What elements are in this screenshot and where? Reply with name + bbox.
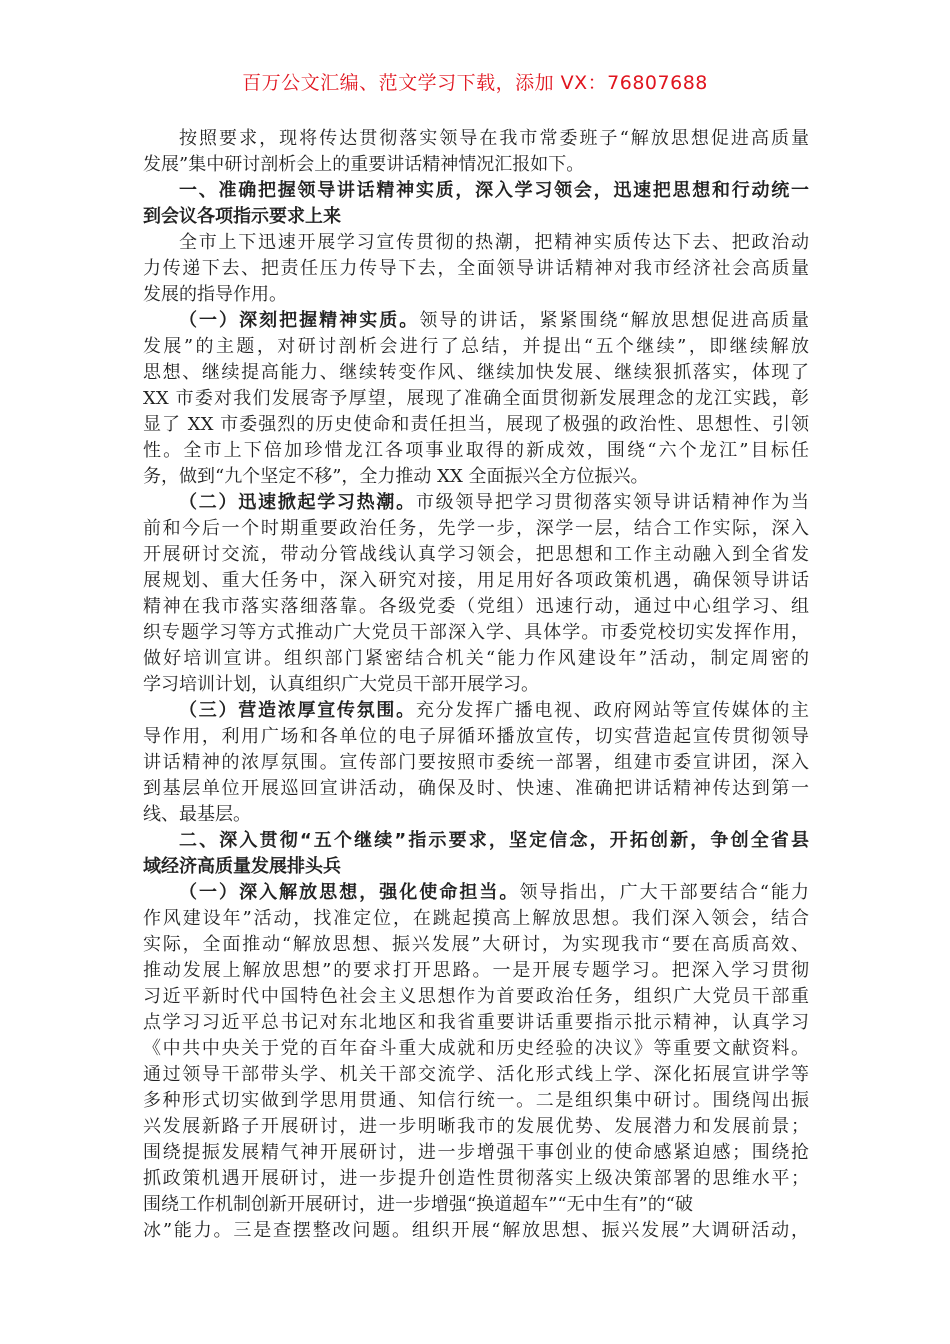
line-text: 思想、继续提高能力、继续转变作风、继续加快发展、继续狠抓落实，体现了 bbox=[143, 362, 809, 383]
paragraph-line: 学习培训计划，认真组织广大党员干部开展学习。 bbox=[143, 672, 809, 698]
paragraph-line: 做好培训宣讲。组织部门紧密结合机关“能力作风建设年”活动，制定周密的 bbox=[143, 646, 809, 672]
paragraph-line: 通过领导干部带头学、机关干部交流学、活化形式线上学、深化拓展宣讲学等 bbox=[143, 1062, 809, 1088]
line-text: 开展研讨交流，带动分管战线认真学习领会，把思想和工作主动融入到全省发 bbox=[143, 544, 809, 565]
line-text: 按照要求，现将传达贯彻落实领导在我市常委班子“解放思想促进高质量 bbox=[179, 128, 809, 149]
paragraph-line: 按照要求，现将传达贯彻落实领导在我市常委班子“解放思想促进高质量 bbox=[143, 126, 809, 152]
line-text: 显了 XX 市委强烈的历史使命和责任担当，展现了极强的政治性、思想性、引领 bbox=[143, 414, 809, 435]
line-text: 讲话精神的浓厚氛围。宣传部门要按照市委统一部署，组建市委宣讲团，深入 bbox=[143, 752, 809, 773]
subheading-lead: （三）营造浓厚宣传氛围。 bbox=[179, 700, 416, 721]
line-text: 发展的指导作用。 bbox=[143, 284, 287, 305]
line-text: 作风建设年”活动，找准定位，在跳起摸高上解放思想。我们深入领会，结合 bbox=[143, 908, 809, 929]
line-text: 性。全市上下倍加珍惜龙江各项事业取得的新成效，围绕“六个龙江”目标任 bbox=[143, 440, 809, 461]
line-text: 抓政策机遇开展研讨，进一步提升创造性贯彻落实上级决策部署的思维水平； bbox=[143, 1168, 809, 1189]
paragraph-line: 冰”能力。三是查摆整改问题。组织开展“解放思想、振兴发展”大调研活动， bbox=[143, 1218, 809, 1244]
line-text: 全市上下迅速开展学习宣传贯彻的热潮，把精神实质传达下去、把政治动 bbox=[179, 232, 809, 253]
paragraph-line: 导作用，利用广场和各单位的电子屏循环播放宣传，切实营造起宣传贯彻领导 bbox=[143, 724, 809, 750]
paragraph-line: 思想、继续提高能力、继续转变作风、继续加快发展、继续狠抓落实，体现了 bbox=[143, 360, 809, 386]
line-text: 织专题学习等方式推动广大党员干部深入学、具体学。市委党校切实发挥作用， bbox=[143, 622, 809, 643]
paragraph-line: 抓政策机遇开展研讨，进一步提升创造性贯彻落实上级决策部署的思维水平； bbox=[143, 1166, 809, 1192]
line-text: 市级领导把学习贯彻落实领导讲话精神作为当 bbox=[416, 492, 809, 513]
paragraph-line: 《中共中央关于党的百年奋斗重大成就和历史经验的决议》等重要文献资料。 bbox=[143, 1036, 809, 1062]
paragraph-line: 发展”的主题，对研讨剖析会进行了总结，并提出“五个继续”，即继续解放 bbox=[143, 334, 809, 360]
paragraph-line: 线、最基层。 bbox=[143, 802, 809, 828]
watermark-banner: 百万公文汇编、范文学习下载，添加 VX：76807688 bbox=[0, 68, 950, 95]
line-text: 一、准确把握领导讲话精神实质，深入学习领会，迅速把思想和行动统一 bbox=[179, 180, 809, 201]
paragraph-line: 发展”集中研讨剖析会上的重要讲话精神情况汇报如下。 bbox=[143, 152, 809, 178]
paragraph-line: 力传递下去、把责任压力传导下去，全面领导讲话精神对我市经济社会高质量 bbox=[143, 256, 809, 282]
paragraph-line: 围绕工作机制创新开展研讨，进一步增强“换道超车”“无中生有”的“破 bbox=[143, 1192, 809, 1218]
paragraph-line: 显了 XX 市委强烈的历史使命和责任担当，展现了极强的政治性、思想性、引领 bbox=[143, 412, 809, 438]
line-text: 习近平新时代中国特色社会主义思想作为首要政治任务，组织广大党员干部重 bbox=[143, 986, 809, 1007]
paragraph-line: 到基层单位开展巡回宣讲活动，确保及时、快速、准确把讲话精神传达到第一 bbox=[143, 776, 809, 802]
paragraph-line: 展规划、重大任务中，深入研究对接，用足用好各项政策机遇，确保领导讲话 bbox=[143, 568, 809, 594]
line-text: 到会议各项指示要求上来 bbox=[143, 206, 341, 227]
line-text: 发展”集中研讨剖析会上的重要讲话精神情况汇报如下。 bbox=[143, 154, 584, 175]
line-text: 推动发展上解放思想”的要求打开思路。一是开展专题学习。把深入学习贯彻 bbox=[143, 960, 809, 981]
line-text: 多种形式切实做到学思用贯通、知信行统一。二是组织集中研讨。围绕闯出振 bbox=[143, 1090, 809, 1111]
subheading-lead: （一）深刻把握精神实质。 bbox=[179, 310, 419, 331]
line-text: 围绕提振发展精气神开展研讨，进一步增强干事创业的使命感紧迫感；围绕抢 bbox=[143, 1142, 809, 1163]
paragraph-line: 全市上下迅速开展学习宣传贯彻的热潮，把精神实质传达下去、把政治动 bbox=[143, 230, 809, 256]
line-text: 领导指出，广大干部要结合“能力 bbox=[519, 882, 809, 903]
line-text: 前和今后一个时期重要政治任务，先学一步，深学一层，结合工作实际，深入 bbox=[143, 518, 809, 539]
paragraph-line: 点学习习近平总书记对东北地区和我省重要讲话重要指示批示精神，认真学习 bbox=[143, 1010, 809, 1036]
line-text: 务，做到“九个坚定不移”，全力推动 XX 全面振兴全方位振兴。 bbox=[143, 466, 648, 487]
section-heading-line: 域经济高质量发展排头兵 bbox=[143, 854, 809, 880]
line-text: 实际，全面推动“解放思想、振兴发展”大研讨，为实现我市“要在高质高效、 bbox=[143, 934, 809, 955]
line-text: 二、深入贯彻“五个继续”指示要求，坚定信念，开拓创新，争创全省县 bbox=[179, 830, 809, 851]
line-text: 领导的讲话，紧紧围绕“解放思想促进高质量 bbox=[419, 310, 809, 331]
paragraph-line: （一）深入解放思想，强化使命担当。领导指出，广大干部要结合“能力 bbox=[143, 880, 809, 906]
line-text: 展规划、重大任务中，深入研究对接，用足用好各项政策机遇，确保领导讲话 bbox=[143, 570, 809, 591]
line-text: 《中共中央关于党的百年奋斗重大成就和历史经验的决议》等重要文献资料。 bbox=[143, 1038, 809, 1059]
paragraph-line: 推动发展上解放思想”的要求打开思路。一是开展专题学习。把深入学习贯彻 bbox=[143, 958, 809, 984]
line-text: 围绕工作机制创新开展研讨，进一步增强“换道超车”“无中生有”的“破 bbox=[143, 1194, 693, 1215]
paragraph-line: 精神在我市落实落细落靠。各级党委（党组）迅速行动，通过中心组学习、组 bbox=[143, 594, 809, 620]
line-text: 通过领导干部带头学、机关干部交流学、活化形式线上学、深化拓展宣讲学等 bbox=[143, 1064, 809, 1085]
paragraph-line: 围绕提振发展精气神开展研讨，进一步增强干事创业的使命感紧迫感；围绕抢 bbox=[143, 1140, 809, 1166]
paragraph-line: 前和今后一个时期重要政治任务，先学一步，深学一层，结合工作实际，深入 bbox=[143, 516, 809, 542]
line-text: 域经济高质量发展排头兵 bbox=[143, 856, 341, 877]
line-text: 力传递下去、把责任压力传导下去，全面领导讲话精神对我市经济社会高质量 bbox=[143, 258, 809, 279]
document-body: 按照要求，现将传达贯彻落实领导在我市常委班子“解放思想促进高质量发展”集中研讨剖… bbox=[143, 126, 809, 1244]
section-heading-line: 到会议各项指示要求上来 bbox=[143, 204, 809, 230]
paragraph-line: 习近平新时代中国特色社会主义思想作为首要政治任务，组织广大党员干部重 bbox=[143, 984, 809, 1010]
paragraph-line: （一）深刻把握精神实质。领导的讲话，紧紧围绕“解放思想促进高质量 bbox=[143, 308, 809, 334]
paragraph-line: 多种形式切实做到学思用贯通、知信行统一。二是组织集中研讨。围绕闯出振 bbox=[143, 1088, 809, 1114]
paragraph-line: 性。全市上下倍加珍惜龙江各项事业取得的新成效，围绕“六个龙江”目标任 bbox=[143, 438, 809, 464]
line-text: 充分发挥广播电视、政府网站等宣传媒体的主 bbox=[416, 700, 809, 721]
line-text: 导作用，利用广场和各单位的电子屏循环播放宣传，切实营造起宣传贯彻领导 bbox=[143, 726, 809, 747]
line-text: 精神在我市落实落细落靠。各级党委（党组）迅速行动，通过中心组学习、组 bbox=[143, 596, 809, 617]
paragraph-line: （三）营造浓厚宣传氛围。充分发挥广播电视、政府网站等宣传媒体的主 bbox=[143, 698, 809, 724]
paragraph-line: （二）迅速掀起学习热潮。市级领导把学习贯彻落实领导讲话精神作为当 bbox=[143, 490, 809, 516]
section-heading-line: 二、深入贯彻“五个继续”指示要求，坚定信念，开拓创新，争创全省县 bbox=[143, 828, 809, 854]
paragraph-line: 讲话精神的浓厚氛围。宣传部门要按照市委统一部署，组建市委宣讲团，深入 bbox=[143, 750, 809, 776]
line-text: 学习培训计划，认真组织广大党员干部开展学习。 bbox=[143, 674, 539, 695]
paragraph-line: 开展研讨交流，带动分管战线认真学习领会，把思想和工作主动融入到全省发 bbox=[143, 542, 809, 568]
paragraph-line: 兴发展新路子开展研讨，进一步明晰我市的发展优势、发展潜力和发展前景； bbox=[143, 1114, 809, 1140]
paragraph-line: 作风建设年”活动，找准定位，在跳起摸高上解放思想。我们深入领会，结合 bbox=[143, 906, 809, 932]
paragraph-line: 务，做到“九个坚定不移”，全力推动 XX 全面振兴全方位振兴。 bbox=[143, 464, 809, 490]
paragraph-line: XX 市委对我们发展寄予厚望，展现了准确全面贯彻新发展理念的龙江实践，彰 bbox=[143, 386, 809, 412]
paragraph-line: 发展的指导作用。 bbox=[143, 282, 809, 308]
line-text: 做好培训宣讲。组织部门紧密结合机关“能力作风建设年”活动，制定周密的 bbox=[143, 648, 809, 669]
paragraph-line: 织专题学习等方式推动广大党员干部深入学、具体学。市委党校切实发挥作用， bbox=[143, 620, 809, 646]
line-text: 点学习习近平总书记对东北地区和我省重要讲话重要指示批示精神，认真学习 bbox=[143, 1012, 809, 1033]
line-text: 到基层单位开展巡回宣讲活动，确保及时、快速、准确把讲话精神传达到第一 bbox=[143, 778, 809, 799]
subheading-lead: （一）深入解放思想，强化使命担当。 bbox=[179, 882, 519, 903]
section-heading-line: 一、准确把握领导讲话精神实质，深入学习领会，迅速把思想和行动统一 bbox=[143, 178, 809, 204]
paragraph-line: 实际，全面推动“解放思想、振兴发展”大研讨，为实现我市“要在高质高效、 bbox=[143, 932, 809, 958]
line-text: XX 市委对我们发展寄予厚望，展现了准确全面贯彻新发展理念的龙江实践，彰 bbox=[143, 388, 809, 409]
subheading-lead: （二）迅速掀起学习热潮。 bbox=[179, 492, 416, 513]
line-text: 兴发展新路子开展研讨，进一步明晰我市的发展优势、发展潜力和发展前景； bbox=[143, 1116, 809, 1137]
line-text: 线、最基层。 bbox=[143, 804, 251, 825]
line-text: 冰”能力。三是查摆整改问题。组织开展“解放思想、振兴发展”大调研活动， bbox=[143, 1220, 809, 1241]
line-text: 发展”的主题，对研讨剖析会进行了总结，并提出“五个继续”，即继续解放 bbox=[143, 336, 809, 357]
